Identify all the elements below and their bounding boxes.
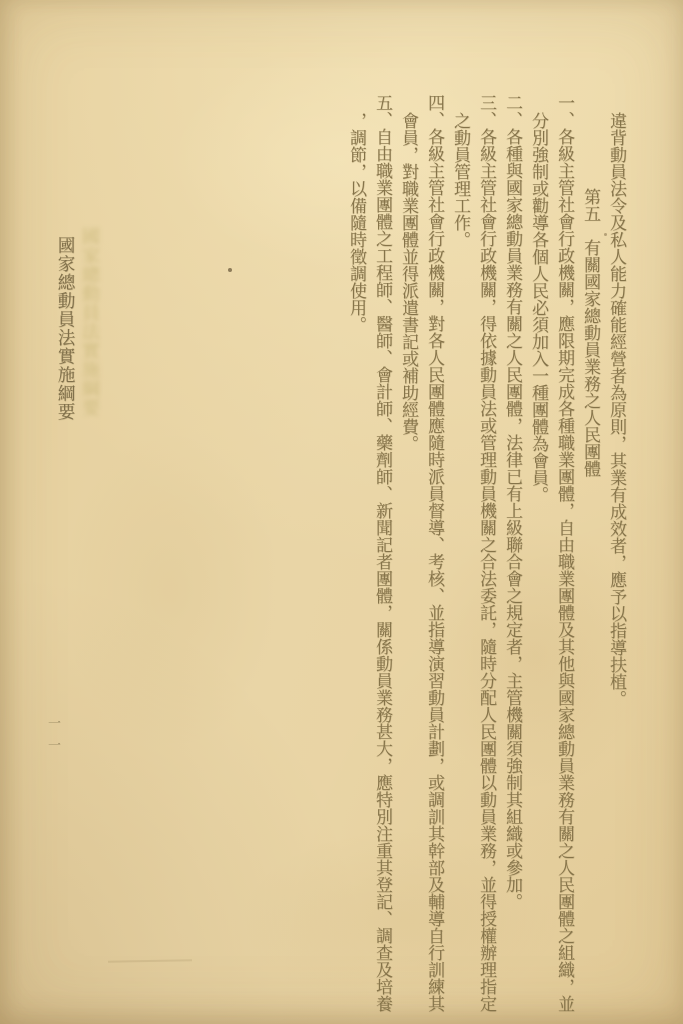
list-item-5: 五、自由職業團體之工程師、醫師、會計師、藥劑師、新聞記者團體，關係動員業務甚大，…	[343, 112, 395, 1012]
scanned-document-page: 違背動員法令及私人能力確能經營者為原則，其業有成效者，應予以指導扶植。 第五 有…	[0, 0, 683, 1024]
margin-title-ghost-print: 國家總動員法實施綱要	[77, 227, 103, 417]
list-item-2: 二、各種與國家總動員業務有關之人民團體，法律已有上級聯合會之規定者，主管機關須強…	[499, 112, 525, 1012]
paper-stain	[60, 430, 280, 750]
page-number: 一一	[44, 716, 63, 760]
continuation-paragraph: 違背動員法令及私人能力確能經營者為原則，其業有成效者，應予以指導扶植。	[603, 112, 629, 1012]
paper-speck	[228, 268, 232, 272]
list-item-1: 一、各級主管社會行政機關，應限期完成各種職業團體，自由職業團體及其他與國家總動員…	[525, 112, 577, 1012]
main-text-block: 違背動員法令及私人能力確能經營者為原則，其業有成效者，應予以指導扶植。 第五 有…	[343, 112, 629, 1012]
section-heading: 第五 有關國家總動員業務之人民團體	[577, 112, 603, 1012]
paper-faint-mark	[108, 959, 192, 962]
margin-title: 國家總動員法實施綱要	[54, 236, 79, 421]
list-item-3: 三、各級主管社會行政機關，得依據動員法或管理動員機關之合法委託，隨時分配人民團體…	[447, 112, 499, 1012]
list-item-4: 四、各級主管社會行政機關，對各人民團體應隨時派員督導、考核、並指導演習動員計劃，…	[395, 112, 447, 1012]
